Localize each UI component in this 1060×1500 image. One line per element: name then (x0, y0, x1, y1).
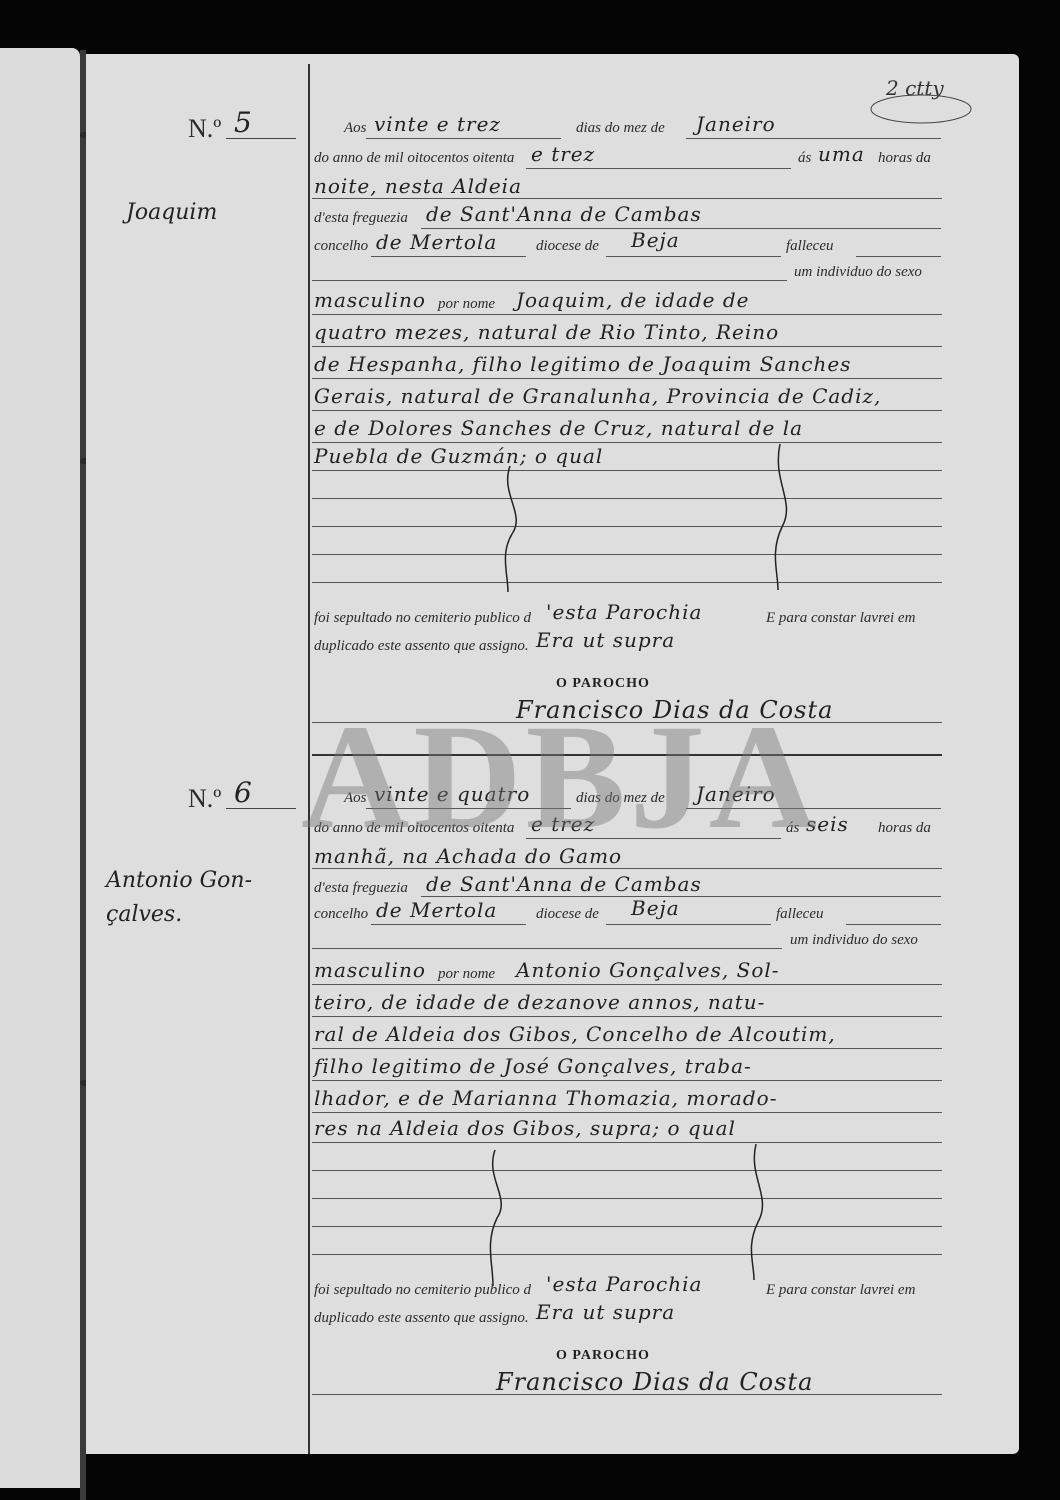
rule (312, 1170, 942, 1171)
field-month: Janeiro (696, 112, 776, 136)
rule (606, 256, 781, 257)
rule (312, 198, 942, 199)
text-dias: dias do mez de (576, 790, 665, 807)
rule (686, 808, 941, 809)
blank-space-bracket (742, 1142, 772, 1282)
margin-name: Antonio Gon- çalves. (106, 864, 252, 932)
field-year: e trez (531, 142, 595, 166)
field-sex: masculino (314, 958, 426, 982)
text-sepultado: foi sepultado no cemiterio publico d (314, 610, 531, 627)
entry-number-label: N.º (188, 114, 221, 144)
entry-number-label: N.º (188, 784, 221, 814)
field-municipality: de Mertola (376, 230, 497, 254)
field-diocese: Beja (631, 896, 680, 920)
text-duplicado: duplicado este assento que assigno. (314, 638, 529, 655)
field-diocese: Beja (631, 228, 680, 252)
field-day: vinte e quatro (374, 782, 530, 806)
signature: Francisco Dias da Costa (516, 696, 833, 724)
rule (312, 314, 942, 315)
rule (526, 838, 781, 839)
text-horas: horas da (878, 820, 931, 837)
body-line: filho legitimo de José Gonçalves, traba- (314, 1054, 752, 1078)
field-name: Antonio Gonçalves, Sol- (516, 958, 780, 982)
field-month: Janeiro (696, 782, 776, 806)
field-year: e trez (531, 812, 595, 836)
margin-name: Joaquim (126, 196, 217, 230)
rule (846, 924, 941, 925)
parocho-label: O PAROCHO (556, 1348, 650, 1364)
rule (421, 228, 941, 229)
rule (366, 808, 571, 809)
blank-space-bracket (481, 1148, 511, 1288)
body-line: quatro mezes, natural de Rio Tinto, Rein… (314, 320, 779, 344)
field-day: vinte e trez (374, 112, 501, 136)
text-falleceu: falleceu (786, 238, 833, 255)
text-diocese: diocese de (536, 238, 599, 255)
rule (312, 1198, 942, 1199)
rule (312, 1016, 942, 1017)
text-duplicado: duplicado este assento que assigno. (314, 1310, 529, 1327)
text-por-nome: por nome (438, 966, 495, 983)
rule (312, 410, 942, 411)
field-hour: uma (818, 142, 865, 166)
rule (312, 1080, 942, 1081)
rule (312, 1254, 942, 1255)
rule (312, 280, 787, 281)
body-line: lhador, e de Marianna Thomazia, morado- (314, 1086, 777, 1110)
rule (371, 924, 526, 925)
text-as: ás (786, 820, 799, 837)
rule (312, 868, 942, 869)
parocho-label: O PAROCHO (556, 676, 650, 692)
rule (312, 1112, 942, 1113)
entry-number: 5 (234, 106, 252, 139)
text-falleceu: falleceu (776, 906, 823, 923)
text-freguezia: d'esta freguezia (314, 880, 408, 897)
body-line: Gerais, natural de Granalunha, Provincia… (314, 384, 881, 408)
facing-left-page (0, 48, 80, 1488)
rule (312, 498, 942, 499)
rule (366, 138, 561, 139)
number-underline (226, 138, 296, 139)
rule (312, 470, 942, 471)
text-anno: do anno de mil oitocentos oitenta (314, 820, 514, 837)
field-municipality: de Mertola (376, 898, 497, 922)
rule (312, 526, 942, 527)
rule (686, 138, 941, 139)
rule (312, 984, 942, 985)
text-constar: E para constar lavrei em (766, 610, 915, 627)
rule (312, 346, 942, 347)
entry-number: 6 (234, 776, 252, 809)
body-line: teiro, de idade de dezanove annos, natu- (314, 990, 765, 1014)
blank-space-bracket (766, 442, 796, 592)
body-line: de Hespanha, filho legitimo de Joaquim S… (314, 352, 851, 376)
rule (312, 378, 942, 379)
folio-oval-icon (866, 84, 986, 134)
field-place: noite, nesta Aldeia (314, 174, 522, 198)
field-hour: seis (806, 812, 849, 836)
field-cemetery: 'esta Parochia (546, 1272, 702, 1296)
text-concelho: concelho (314, 906, 368, 923)
margin-rule (308, 64, 310, 1454)
text-as: ás (798, 150, 811, 167)
rule (312, 1226, 942, 1227)
field-cemetery: 'esta Parochia (546, 600, 702, 624)
entry-separator (312, 754, 942, 756)
rule (312, 948, 782, 949)
body-line: res na Aldeia dos Gibos, supra; o qual (314, 1116, 736, 1140)
text-individuo: um individuo do sexo (794, 264, 922, 281)
text-diocese: diocese de (536, 906, 599, 923)
text-por-nome: por nome (438, 296, 495, 313)
field-sex: masculino (314, 288, 426, 312)
text-concelho: concelho (314, 238, 368, 255)
rule (312, 582, 942, 583)
field-era: Era ut supra (536, 1300, 675, 1324)
rule (606, 924, 771, 925)
rule (312, 1142, 942, 1143)
signature-line (312, 1394, 942, 1395)
rule (312, 554, 942, 555)
text-aos: Aos (344, 790, 367, 807)
text-horas: horas da (878, 150, 931, 167)
body-line: Puebla de Guzmán; o qual (314, 444, 603, 468)
text-constar: E para constar lavrei em (766, 1282, 915, 1299)
body-line: e de Dolores Sanches de Cruz, natural de… (314, 416, 803, 440)
signature-line (312, 722, 942, 723)
rule (526, 168, 791, 169)
text-anno: do anno de mil oitocentos oitenta (314, 150, 514, 167)
field-name: Joaquim, de idade de (516, 288, 750, 312)
number-underline (226, 808, 296, 809)
field-parish: de Sant'Anna de Cambas (426, 872, 702, 896)
text-sepultado: foi sepultado no cemiterio publico d (314, 1282, 531, 1299)
signature: Francisco Dias da Costa (496, 1368, 813, 1396)
text-dias: dias do mez de (576, 120, 665, 137)
rule (856, 256, 941, 257)
rule (371, 256, 526, 257)
text-aos: Aos (344, 120, 367, 137)
rule (312, 1048, 942, 1049)
register-page: 2 ctty N.º 5 Joaquim Aos vinte e trez di… (86, 54, 1019, 1454)
blank-space-bracket (496, 464, 526, 594)
rule (312, 442, 942, 443)
text-individuo: um individuo do sexo (790, 932, 918, 949)
field-era: Era ut supra (536, 628, 675, 652)
rule (421, 896, 941, 897)
body-line: ral de Aldeia dos Gibos, Concelho de Alc… (314, 1022, 836, 1046)
field-place: manhã, na Achada do Gamo (314, 844, 622, 868)
text-freguezia: d'esta freguezia (314, 210, 408, 227)
field-parish: de Sant'Anna de Cambas (426, 202, 702, 226)
